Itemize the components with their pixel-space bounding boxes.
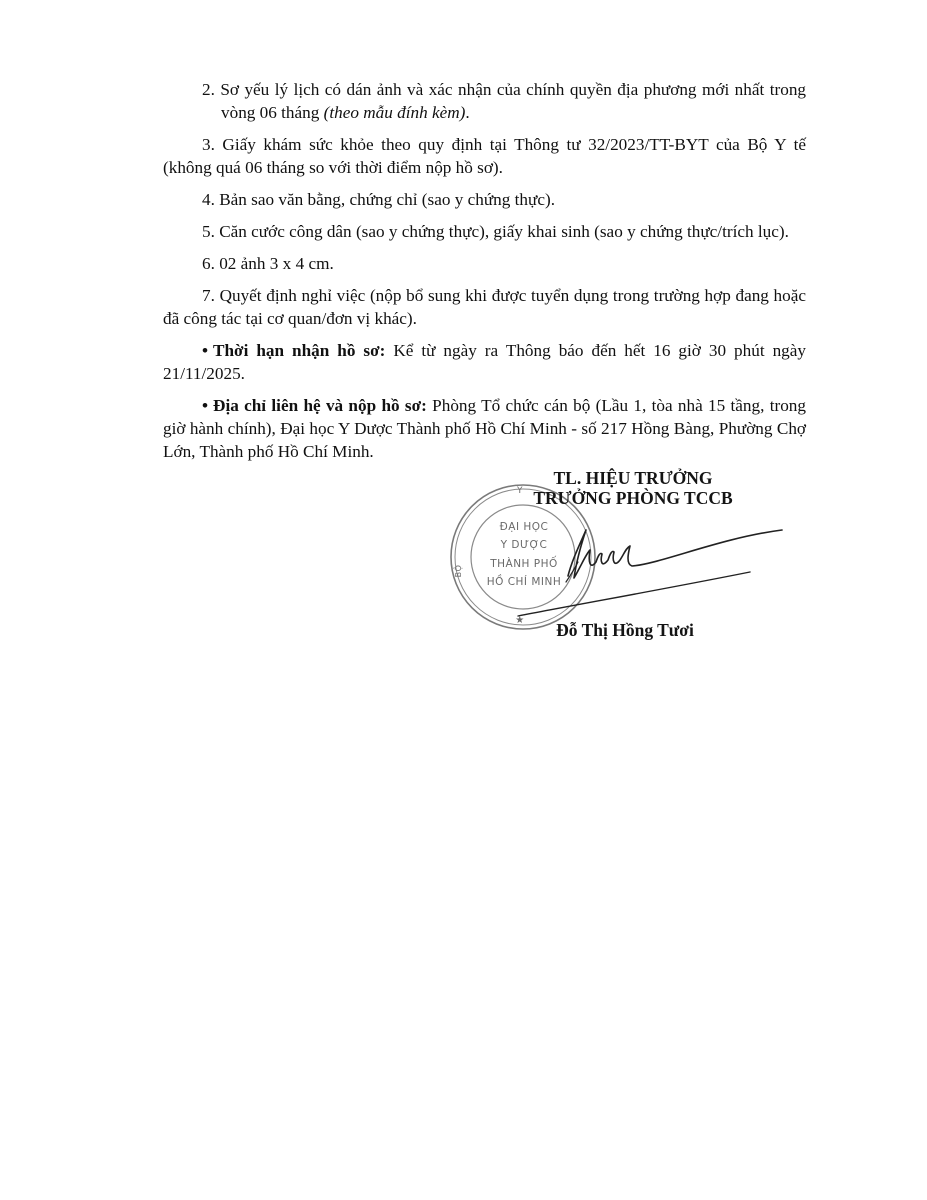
bullet-icon: • [202, 396, 208, 415]
stamp-line-3: THÀNH PHỐ [482, 557, 566, 571]
item-number: 7. [202, 286, 215, 305]
address-paragraph: •Địa chỉ liên hệ và nộp hồ sơ: Phòng Tổ … [163, 394, 806, 463]
list-item-7: 7. Quyết định nghỉ việc (nộp bổ sung khi… [163, 284, 806, 330]
item-text: Quyết định nghỉ việc (nộp bổ sung khi đư… [163, 286, 806, 328]
list-item-3: 3. Giấy khám sức khỏe theo quy định tại … [163, 133, 806, 179]
item-text: Giấy khám sức khỏe theo quy định tại Thô… [163, 135, 806, 177]
item-number: 5. [202, 222, 215, 241]
deadline-paragraph: •Thời hạn nhận hồ sơ: Kể từ ngày ra Thôn… [163, 339, 806, 385]
signature-title-line1: TL. HIỆU TRƯỞNG [448, 468, 818, 488]
item-suffix: . [465, 103, 469, 122]
stamp-line-4: HỒ CHÍ MINH [478, 575, 570, 589]
item-italic-note: (theo mẫu đính kèm) [324, 103, 466, 122]
item-text: Sơ yếu lý lịch có dán ảnh và xác nhận củ… [220, 80, 806, 122]
item-text: Căn cước công dân (sao y chứng thực), gi… [219, 222, 789, 241]
item-number: 6. [202, 254, 215, 273]
stamp-side-text: BỘ [452, 564, 466, 578]
item-number: 3. [202, 135, 215, 154]
document-body: 2. Sơ yếu lý lịch có dán ảnh và xác nhận… [163, 78, 806, 472]
list-item-6: 6. 02 ảnh 3 x 4 cm. [163, 252, 806, 275]
stamp-line-1: ĐẠI HỌC [488, 520, 560, 534]
address-label: Địa chỉ liên hệ và nộp hồ sơ: [213, 396, 427, 415]
item-text: Bản sao văn bằng, chứng chỉ (sao y chứng… [219, 190, 555, 209]
deadline-label: Thời hạn nhận hồ sơ: [213, 341, 385, 360]
signature-title-line2: TRƯỞNG PHÒNG TCCB [448, 488, 818, 508]
bullet-icon: • [202, 341, 208, 360]
item-number: 2. [202, 80, 215, 99]
item-text: 02 ảnh 3 x 4 cm. [219, 254, 334, 273]
list-item-5: 5. Căn cước công dân (sao y chứng thực),… [163, 220, 806, 243]
list-item-2: 2. Sơ yếu lý lịch có dán ảnh và xác nhận… [163, 78, 806, 124]
list-item-4: 4. Bản sao văn bằng, chứng chỉ (sao y ch… [163, 188, 806, 211]
signature-block: Y ĐẠI HỌC Y DƯỢC THÀNH PHỐ HỒ CHÍ MINH B… [440, 464, 800, 664]
stamp-star-icon: ★ [512, 614, 528, 628]
stamp-line-2: Y DƯỢC [488, 538, 560, 552]
item-number: 4. [202, 190, 215, 209]
